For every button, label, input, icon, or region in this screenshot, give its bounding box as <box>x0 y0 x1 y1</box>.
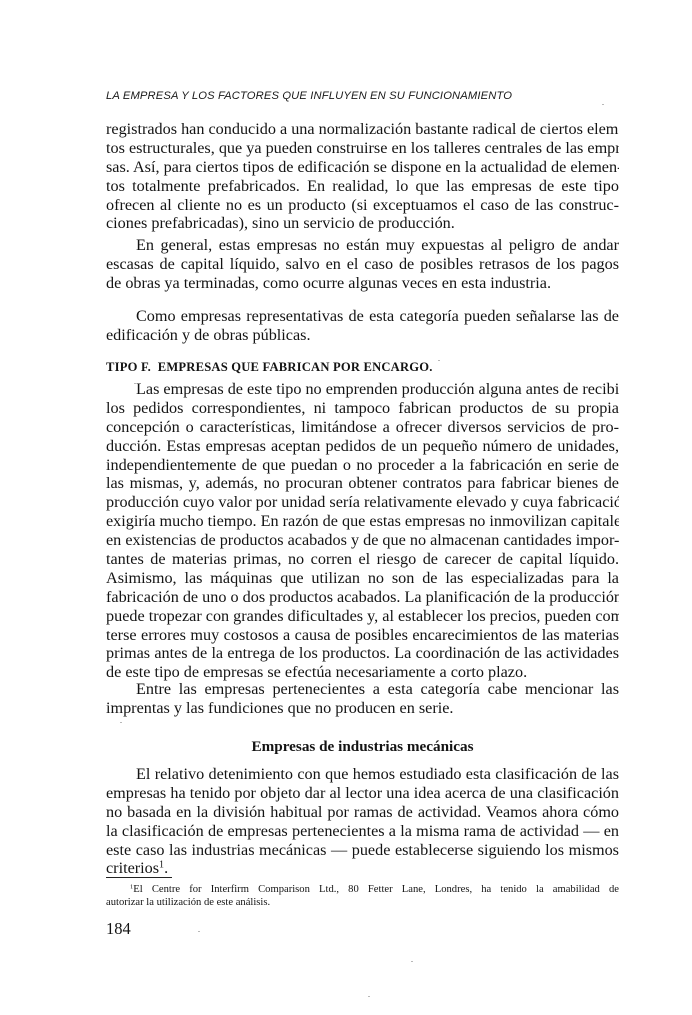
text-line: Asimismo, las máquinas que utilizan no s… <box>106 569 619 588</box>
text-line: no basada en la división habitual por ra… <box>106 803 619 822</box>
paragraph-6: El relativo detenimiento con que hemos e… <box>106 765 619 878</box>
text-line-with-footnote-ref: criterios1. <box>106 859 619 878</box>
text-fragment: . <box>164 859 168 877</box>
text-line: ciones prefabricadas), sino un servicio … <box>106 214 619 233</box>
text-line: imprentas y las fundiciones que no produ… <box>106 699 619 718</box>
text-line: ofrecen al cliente no es un producto (si… <box>106 196 619 215</box>
text-line: tantes de materias primas, no corren el … <box>106 550 619 569</box>
text-line: ducción. Estas empresas aceptan pedidos … <box>106 437 619 456</box>
footnote-divider <box>106 877 172 878</box>
text-line: terse errores muy costosos a causa de po… <box>106 626 619 645</box>
scan-speck <box>411 961 413 962</box>
text-line: registrados han conducido a una normaliz… <box>106 120 619 139</box>
paragraph-5: Entre las empresas pertenecientes a esta… <box>106 680 619 718</box>
scan-speck <box>134 383 136 384</box>
text-line: independientemente de que puedan o no pr… <box>106 456 619 475</box>
page-number: 184 <box>106 919 131 939</box>
text-line: la clasificación de empresas pertenecien… <box>106 822 619 841</box>
text-line: Entre las empresas pertenecientes a esta… <box>106 680 619 699</box>
text-line: El relativo detenimiento con que hemos e… <box>106 765 619 784</box>
text-line: los pedidos correspondientes, ni tampoco… <box>106 399 619 418</box>
footnote-line: autorizar la utilización de este análisi… <box>106 897 619 910</box>
text-line: escasas de capital líquido, salvo en el … <box>106 255 619 274</box>
section-heading: TIPO F. EMPRESAS QUE FABRICAN POR ENCARG… <box>106 360 433 375</box>
scan-speck <box>438 360 440 361</box>
text-line: concepción o características, limitándos… <box>106 418 619 437</box>
text-line: primas antes de la entrega de los produc… <box>106 644 619 663</box>
document-page: LA EMPRESA Y LOS FACTORES QUE INFLUYEN E… <box>0 0 692 1015</box>
paragraph-4: Las empresas de este tipo no emprenden p… <box>106 380 619 682</box>
text-line: Las empresas de este tipo no emprenden p… <box>106 380 619 399</box>
text-line: empresas ha tenido por objeto dar al lec… <box>106 784 619 803</box>
scan-speck <box>120 722 122 723</box>
text-line: exigiría mucho tiempo. En razón de que e… <box>106 512 619 531</box>
paragraph-2: En general, estas empresas no están muy … <box>106 236 619 293</box>
text-line: este caso las industrias mecánicas — pue… <box>106 841 619 860</box>
paragraph-1: registrados han conducido a una normaliz… <box>106 120 619 233</box>
text-line: producción cuyo valor por unidad sería r… <box>106 493 619 512</box>
subheading: Empresas de industrias mecánicas <box>106 738 619 756</box>
paragraph-3: Como empresas representativas de esta ca… <box>106 307 619 345</box>
text-line: puede tropezar con grandes dificultades … <box>106 607 619 626</box>
scan-speck <box>368 996 370 997</box>
text-line: sas. Así, para ciertos tipos de edificac… <box>106 158 619 177</box>
text-line: edificación y de obras públicas. <box>106 326 619 345</box>
text-line: tos totalmente prefabricados. En realida… <box>106 177 619 196</box>
text-fragment: criterios <box>106 859 159 877</box>
text-line: Como empresas representativas de esta ca… <box>106 307 619 326</box>
running-head: LA EMPRESA Y LOS FACTORES QUE INFLUYEN E… <box>106 90 512 102</box>
footnote: 1El Centre for Interfirm Comparison Ltd.… <box>106 884 619 910</box>
scan-speck <box>602 104 604 105</box>
text-line: las mismas, y, además, no procuran obten… <box>106 474 619 493</box>
scan-speck <box>198 931 200 932</box>
text-line: En general, estas empresas no están muy … <box>106 236 619 255</box>
text-line: fabricación de uno o dos productos acaba… <box>106 588 619 607</box>
text-line: en existencias de productos acabados y d… <box>106 531 619 550</box>
text-fragment: El Centre for Interfirm Comparison Ltd.,… <box>133 884 619 895</box>
text-line: tos estructurales, que ya pueden constru… <box>106 139 619 158</box>
text-line: de obras ya terminadas, como ocurre algu… <box>106 274 619 293</box>
footnote-line: 1El Centre for Interfirm Comparison Ltd.… <box>106 884 619 897</box>
